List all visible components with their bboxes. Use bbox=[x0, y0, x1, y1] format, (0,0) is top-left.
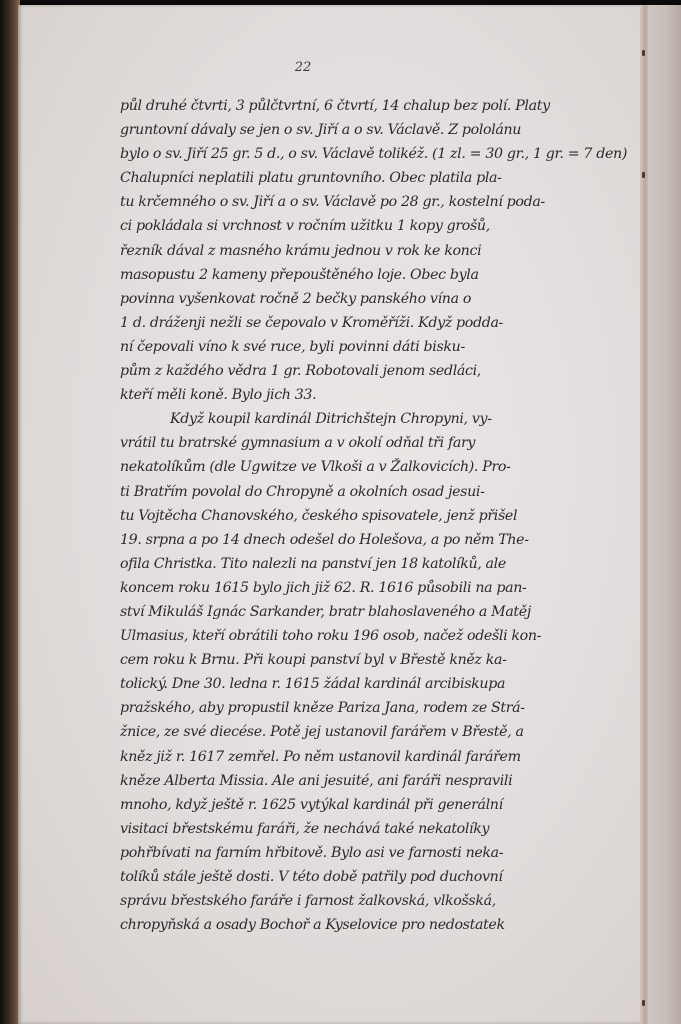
text-line: koncem roku 1615 bylo jich již 62. R. 16… bbox=[120, 576, 630, 600]
text-line: gruntovní dávaly se jen o sv. Jiří a o s… bbox=[120, 118, 630, 142]
text-line: Chalupníci neplatili platu gruntovního. … bbox=[120, 166, 630, 190]
text-line: kněz již r. 1617 zemřel. Po něm ustanovi… bbox=[120, 745, 630, 769]
page-number: 22 bbox=[0, 60, 648, 75]
facing-page-edge bbox=[648, 5, 681, 1024]
text-line: pražského, aby propustil kněze Pariza Ja… bbox=[120, 696, 630, 720]
text-line: visitaci břestskému faráři, že nechává t… bbox=[120, 817, 630, 841]
text-line: 1 d. dráženji nežli se čepovalo v Kroměř… bbox=[120, 311, 630, 335]
text-line: cem roku k Brnu. Při koupi panství byl v… bbox=[120, 648, 630, 672]
text-line: nekatolíkům (dle Ugwitze ve Vlkoši a v Ž… bbox=[120, 455, 630, 479]
paragraph-start-line: Když koupil kardinál Ditrichštejn Chropy… bbox=[120, 407, 630, 431]
text-line: tolický. Dne 30. ledna r. 1615 žádal kar… bbox=[120, 672, 630, 696]
text-line: chropyňská a osady Bochoř a Kyselovice p… bbox=[120, 913, 630, 937]
text-line: ství Mikuláš Ignác Sarkander, bratr blah… bbox=[120, 600, 630, 624]
text-line: půl druhé čtvrti, 3 půlčtvrtní, 6 čtvrtí… bbox=[120, 94, 630, 118]
text-line: kněze Alberta Missia. Ale ani jesuité, a… bbox=[120, 769, 630, 793]
text-line: pům z každého vědra 1 gr. Robotovali jen… bbox=[120, 359, 630, 383]
photographed-book-spread: 22 půl druhé čtvrti, 3 půlčtvrtní, 6 čtv… bbox=[0, 0, 681, 1024]
binding-thread-mark bbox=[642, 172, 645, 178]
text-line: řezník dával z masného krámu jednou v ro… bbox=[120, 239, 630, 263]
text-line: kteří měli koně. Bylo jich 33. bbox=[120, 383, 630, 407]
text-line: 19. srpna a po 14 dnech odešel do Holešo… bbox=[120, 528, 630, 552]
text-line: tu krčemného o sv. Jiří a o sv. Václavě … bbox=[120, 190, 630, 214]
text-line: masopustu 2 kameny přepouštěného loje. O… bbox=[120, 263, 630, 287]
book-left-edge bbox=[0, 0, 20, 1024]
text-line: bylo o sv. Jiří 25 gr. 5 d., o sv. Václa… bbox=[120, 142, 630, 166]
text-line: ci pokládala si vrchnost v ročním užitku… bbox=[120, 214, 630, 238]
text-line: žnice, ze své diecése. Potě jej ustanovi… bbox=[120, 720, 630, 744]
text-line: správu břestského faráře i farnost žalko… bbox=[120, 889, 630, 913]
manuscript-page: 22 půl druhé čtvrti, 3 půlčtvrtní, 6 čtv… bbox=[18, 5, 648, 1024]
text-line: tu Vojtěcha Chanovského, českého spisova… bbox=[120, 504, 630, 528]
text-line: Ulmasius, kteří obrátili toho roku 196 o… bbox=[120, 624, 630, 648]
text-line: vrátil tu bratrské gymnasium a v okolí o… bbox=[120, 431, 630, 455]
text-line: pohřbívati na farním hřbitově. Bylo asi … bbox=[120, 841, 630, 865]
handwritten-text-block: půl druhé čtvrti, 3 půlčtvrtní, 6 čtvrtí… bbox=[120, 94, 630, 937]
text-line: ofila Christka. Tito nalezli na panství … bbox=[120, 552, 630, 576]
text-line: ti Bratřím povolal do Chropyně a okolníc… bbox=[120, 480, 630, 504]
text-line: tolíků stále ještě dosti. V této době pa… bbox=[120, 865, 630, 889]
text-line: povinna vyšenkovat ročně 2 bečky panskéh… bbox=[120, 287, 630, 311]
binding-thread-mark bbox=[642, 1000, 645, 1006]
text-line: mnoho, když ještě r. 1625 vytýkal kardin… bbox=[120, 793, 630, 817]
binding-thread-mark bbox=[642, 50, 645, 56]
text-line: ní čepovali víno k své ruce, byli povinn… bbox=[120, 335, 630, 359]
